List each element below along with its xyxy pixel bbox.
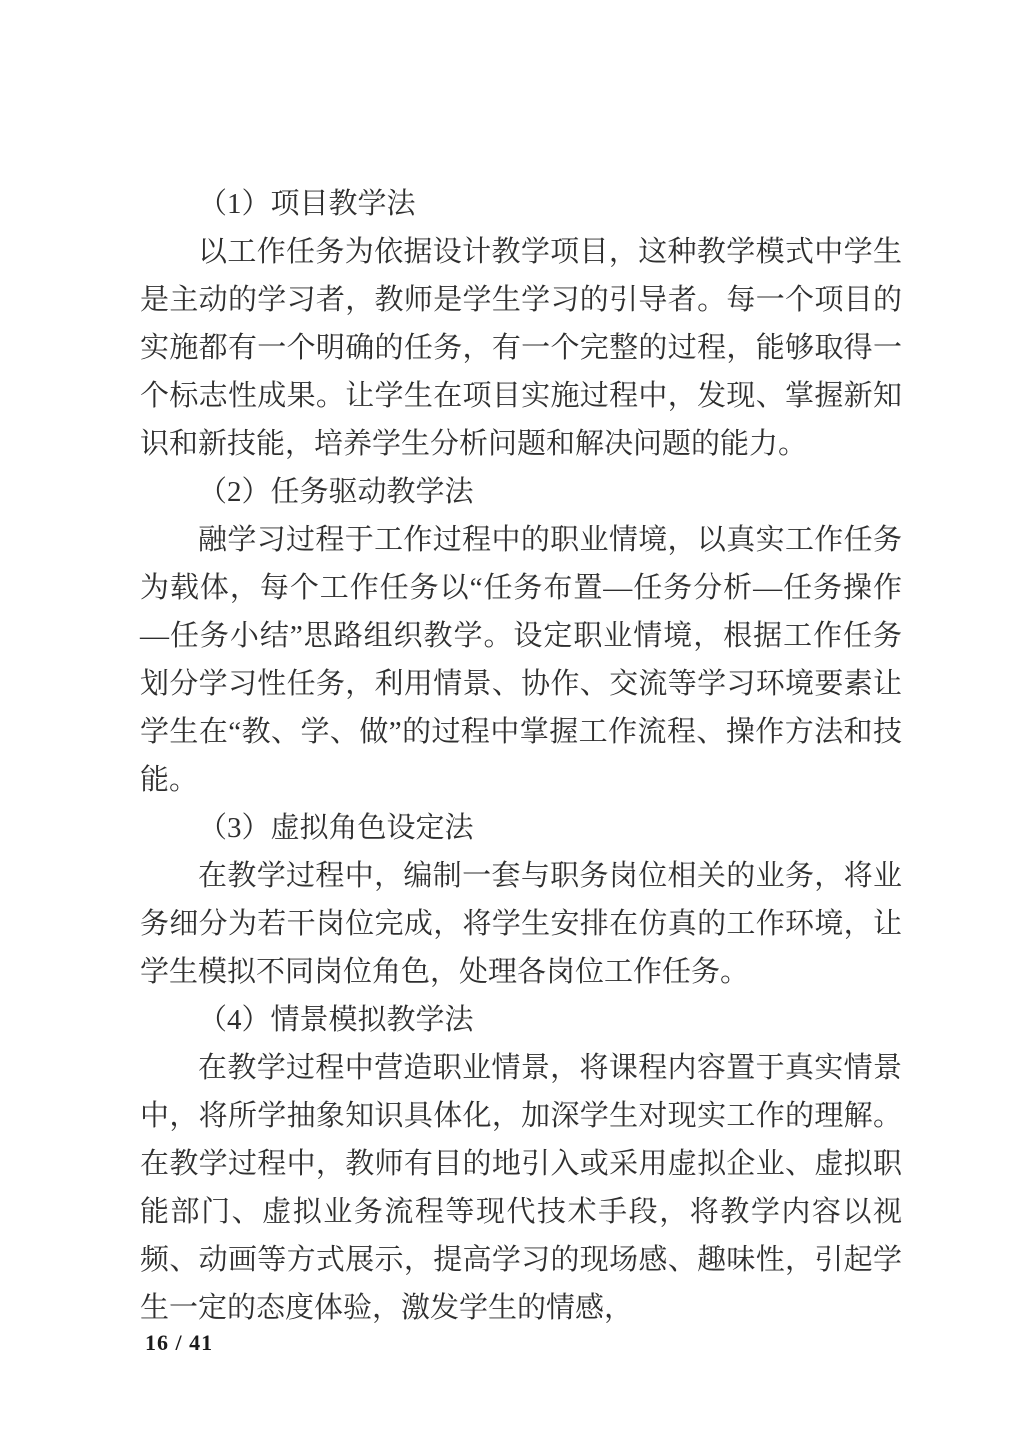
page-number: 16 / 41 — [145, 1330, 213, 1356]
section-heading: （2）任务驱动教学法 — [140, 468, 902, 516]
paragraph: 在教学过程中，编制一套与职务岗位相关的业务，将业务细分为若干岗位完成，将学生安排… — [140, 852, 902, 996]
paragraph: 以工作任务为依据设计教学项目，这种教学模式中学生是主动的学习者，教师是学生学习的… — [140, 228, 902, 468]
section-heading: （1）项目教学法 — [140, 180, 902, 228]
section-heading: （3）虚拟角色设定法 — [140, 804, 902, 852]
section-heading: （4）情景模拟教学法 — [140, 996, 902, 1044]
paragraph: 在教学过程中营造职业情景，将课程内容置于真实情景中，将所学抽象知识具体化，加深学… — [140, 1044, 902, 1332]
document-page: （1）项目教学法以工作任务为依据设计教学项目，这种教学模式中学生是主动的学习者，… — [0, 0, 1024, 1448]
document-body: （1）项目教学法以工作任务为依据设计教学项目，这种教学模式中学生是主动的学习者，… — [140, 180, 902, 1332]
paragraph: 融学习过程于工作过程中的职业情境，以真实工作任务为载体，每个工作任务以“任务布置… — [140, 516, 902, 804]
